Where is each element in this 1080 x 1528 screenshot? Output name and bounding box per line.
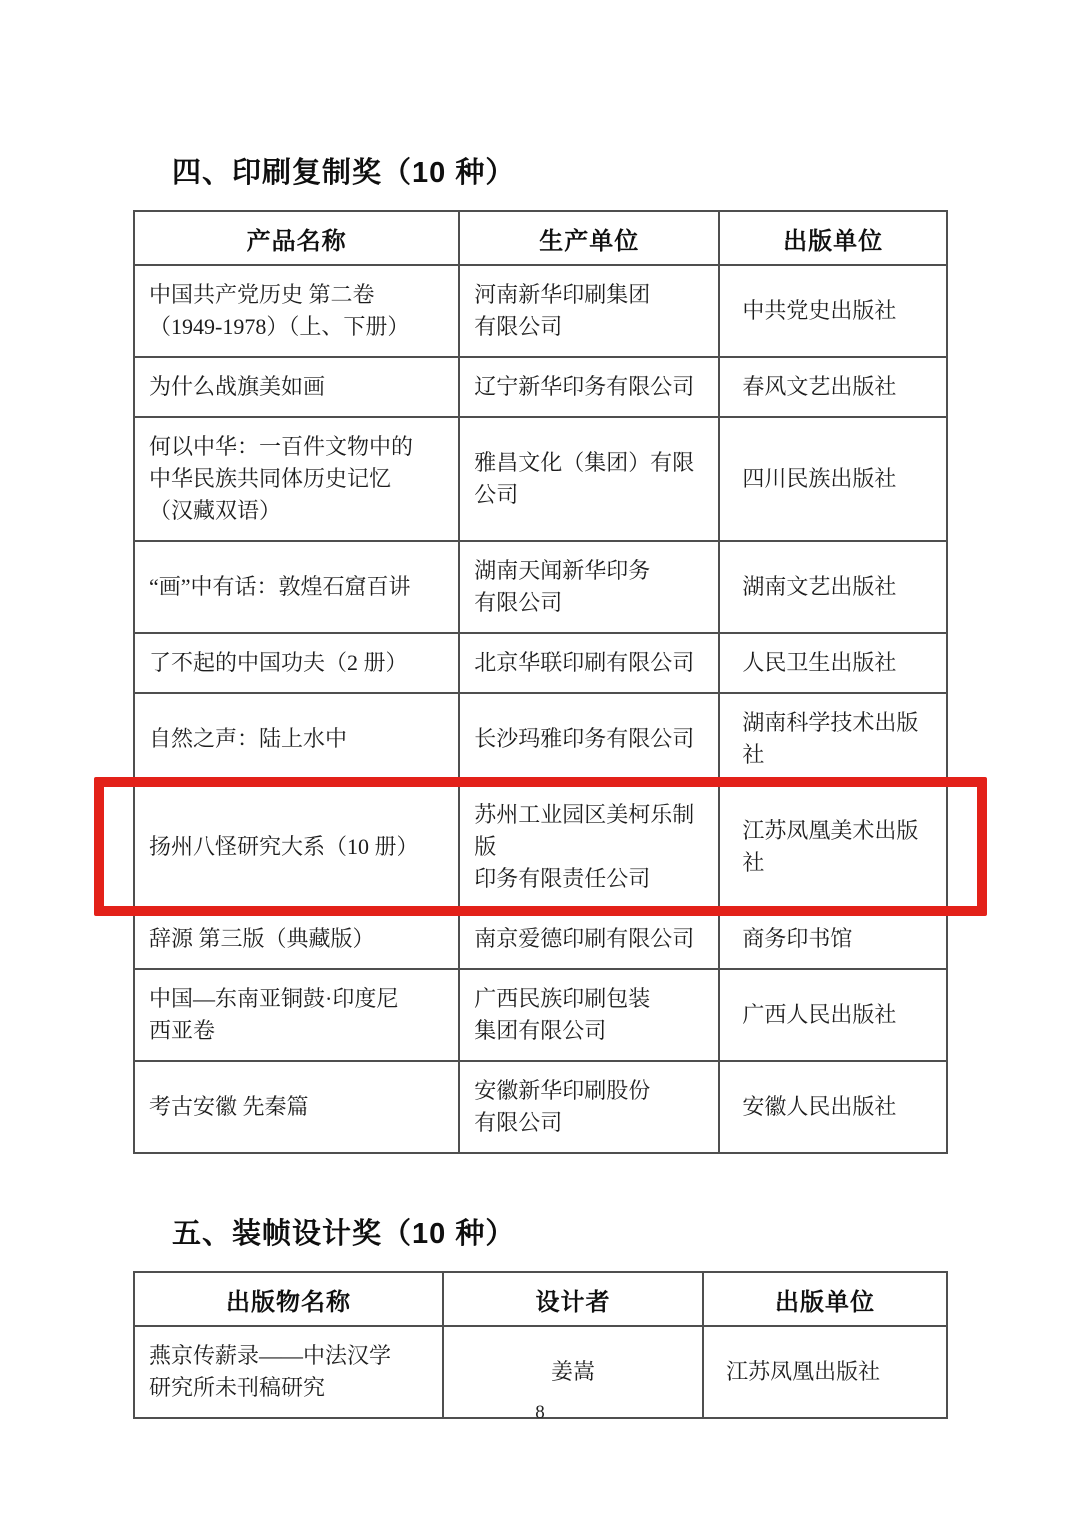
table-cell: “画”中有话：敦煌石窟百讲	[134, 541, 459, 633]
print-award-table: 产品名称生产单位出版单位 中国共产党历史 第二卷 （1949-1978）（上、下…	[133, 210, 948, 1154]
table-row: 辞源 第三版（典藏版）南京爱德印刷有限公司商务印书馆	[134, 909, 947, 969]
table-row: 了不起的中国功夫（2 册）北京华联印刷有限公司人民卫生出版社	[134, 633, 947, 693]
table-cell: 何以中华：一百件文物中的 中华民族共同体历史记忆 （汉藏双语）	[134, 417, 459, 541]
column-header: 出版单位	[719, 211, 947, 265]
column-header: 产品名称	[134, 211, 459, 265]
column-header: 出版单位	[703, 1272, 947, 1326]
table-cell: 辞源 第三版（典藏版）	[134, 909, 459, 969]
table-cell: 苏州工业园区美柯乐制版 印务有限责任公司	[459, 785, 719, 909]
section-design-title: 五、装帧设计奖（10 种）	[172, 1211, 948, 1252]
table-row: 自然之声：陆上水中长沙玛雅印务有限公司湖南科学技术出版社	[134, 693, 947, 785]
table-cell: 了不起的中国功夫（2 册）	[134, 633, 459, 693]
table-cell: 中共党史出版社	[719, 265, 947, 357]
table-cell: 湖南天闻新华印务 有限公司	[459, 541, 719, 633]
table-cell: 扬州八怪研究大系（10 册）	[134, 785, 459, 909]
table-cell: 雅昌文化（集团）有限 公司	[459, 417, 719, 541]
table-cell: 江苏凤凰美术出版社	[719, 785, 947, 909]
table-row: 为什么战旗美如画辽宁新华印务有限公司春风文艺出版社	[134, 357, 947, 417]
table-cell: 安徽新华印刷股份 有限公司	[459, 1061, 719, 1153]
table-row: 中国共产党历史 第二卷 （1949-1978）（上、下册）河南新华印刷集团 有限…	[134, 265, 947, 357]
table-cell: 辽宁新华印务有限公司	[459, 357, 719, 417]
table-header-row: 出版物名称设计者出版单位	[134, 1272, 947, 1326]
table-cell: 湖南科学技术出版社	[719, 693, 947, 785]
column-header: 出版物名称	[134, 1272, 443, 1326]
page-content: 四、印刷复制奖（10 种） 产品名称生产单位出版单位 中国共产党历史 第二卷 （…	[0, 0, 1080, 1419]
table-cell: 商务印书馆	[719, 909, 947, 969]
table-cell: 长沙玛雅印务有限公司	[459, 693, 719, 785]
section-print-award: 四、印刷复制奖（10 种） 产品名称生产单位出版单位 中国共产党历史 第二卷 （…	[133, 150, 948, 1154]
table-cell: 为什么战旗美如画	[134, 357, 459, 417]
table-cell: 自然之声：陆上水中	[134, 693, 459, 785]
table-cell: 中国—东南亚铜鼓·印度尼 西亚卷	[134, 969, 459, 1061]
table-cell: 北京华联印刷有限公司	[459, 633, 719, 693]
table-cell: 四川民族出版社	[719, 417, 947, 541]
table-cell: 广西人民出版社	[719, 969, 947, 1061]
table-cell: 春风文艺出版社	[719, 357, 947, 417]
table-row: 何以中华：一百件文物中的 中华民族共同体历史记忆 （汉藏双语）雅昌文化（集团）有…	[134, 417, 947, 541]
table-cell: 湖南文艺出版社	[719, 541, 947, 633]
table-cell: 南京爱德印刷有限公司	[459, 909, 719, 969]
table-cell: 广西民族印刷包装 集团有限公司	[459, 969, 719, 1061]
section-print-title: 四、印刷复制奖（10 种）	[172, 150, 948, 191]
table-cell: 安徽人民出版社	[719, 1061, 947, 1153]
document-page: 四、印刷复制奖（10 种） 产品名称生产单位出版单位 中国共产党历史 第二卷 （…	[0, 0, 1080, 1528]
table-cell: 河南新华印刷集团 有限公司	[459, 265, 719, 357]
column-header: 设计者	[443, 1272, 703, 1326]
column-header: 生产单位	[459, 211, 719, 265]
design-award-table: 出版物名称设计者出版单位 燕京传薪录——中法汉学 研究所未刊稿研究姜嵩江苏凤凰出…	[133, 1271, 948, 1419]
table-row: “画”中有话：敦煌石窟百讲湖南天闻新华印务 有限公司湖南文艺出版社	[134, 541, 947, 633]
table-cell: 人民卫生出版社	[719, 633, 947, 693]
section-design-award: 五、装帧设计奖（10 种） 出版物名称设计者出版单位 燕京传薪录——中法汉学 研…	[133, 1211, 948, 1419]
table-cell: 中国共产党历史 第二卷 （1949-1978）（上、下册）	[134, 265, 459, 357]
table-cell: 考古安徽 先秦篇	[134, 1061, 459, 1153]
page-number: 8	[0, 1402, 1080, 1424]
highlighted-row: 扬州八怪研究大系（10 册）苏州工业园区美柯乐制版 印务有限责任公司江苏凤凰美术…	[134, 785, 947, 909]
table-row: 考古安徽 先秦篇安徽新华印刷股份 有限公司安徽人民出版社	[134, 1061, 947, 1153]
table-row: 中国—东南亚铜鼓·印度尼 西亚卷广西民族印刷包装 集团有限公司广西人民出版社	[134, 969, 947, 1061]
table-header-row: 产品名称生产单位出版单位	[134, 211, 947, 265]
